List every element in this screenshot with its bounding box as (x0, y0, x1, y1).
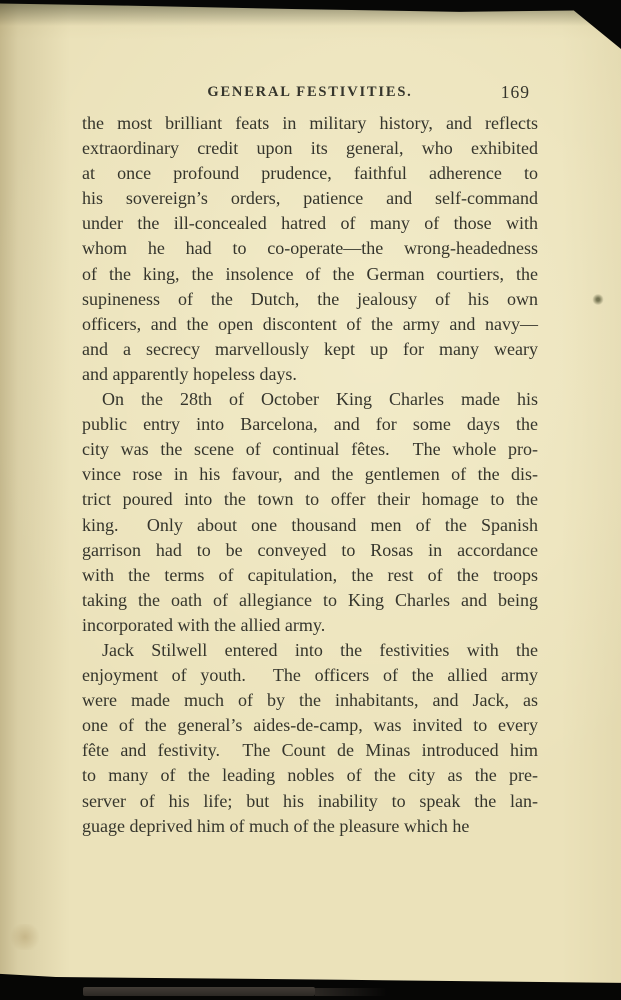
text-line: city was the scene of continual fêtes. T… (82, 437, 538, 462)
text-line: whom he had to co-operate—the wrong-head… (82, 236, 538, 261)
running-head-title: GENERAL FESTIVITIES. (82, 84, 538, 101)
text-line: his sovereign’s orders, patience and sel… (82, 186, 538, 211)
page-number: 169 (501, 82, 530, 103)
body-text: the most brilliant feats in military his… (82, 111, 538, 839)
text-line: vince rose in his favour, and the gentle… (82, 462, 538, 487)
text-line: supineness of the Dutch, the jealousy of… (82, 287, 538, 312)
paper-speck (592, 294, 604, 305)
text-line: officers, and the open discontent of the… (82, 312, 538, 337)
text-line: fête and festivity. The Count de Minas i… (82, 738, 538, 763)
text-line: taking the oath of allegiance to King Ch… (82, 588, 538, 613)
text-line: guage deprived him of much of the pleasu… (82, 814, 538, 839)
text-line: and a secrecy marvellously kept up for m… (82, 337, 538, 362)
book-page-edges (83, 987, 315, 996)
text-line: server of his life; but his inability to… (82, 789, 538, 814)
running-head: GENERAL FESTIVITIES. 169 (82, 84, 538, 104)
text-line: public entry into Barcelona, and for som… (82, 412, 538, 437)
text-line: enjoyment of youth. The officers of the … (82, 663, 538, 688)
text-line: were made much of by the inhabitants, an… (82, 688, 538, 713)
paper-stain (8, 924, 42, 950)
text-line: garrison had to be conveyed to Rosas in … (82, 538, 538, 563)
book-page-edges (315, 988, 387, 996)
text-line: under the ill-concealed hatred of many o… (82, 211, 538, 236)
text-line: and apparently hopeless days. (82, 362, 538, 387)
text-line: incorporated with the allied army. (82, 613, 538, 638)
text-line: trict poured into the town to offer thei… (82, 487, 538, 512)
text-line: of the king, the insolence of the German… (82, 262, 538, 287)
text-line: one of the general’s aides-de-camp, was … (82, 713, 538, 738)
text-line: with the terms of capitulation, the rest… (82, 563, 538, 588)
text-line: On the 28th of October King Charles made… (82, 387, 538, 412)
text-line: king. Only about one thousand men of the… (82, 513, 538, 538)
text-line: to many of the leading nobles of the cit… (82, 763, 538, 788)
text-line: Jack Stilwell entered into the festiviti… (82, 638, 538, 663)
text-line: at once profound prudence, faithful adhe… (82, 161, 538, 186)
text-line: extraordinary credit upon its general, w… (82, 136, 538, 161)
text-line: the most brilliant feats in military his… (82, 111, 538, 136)
scanned-book-page: GENERAL FESTIVITIES. 169 the most brilli… (0, 0, 621, 1000)
